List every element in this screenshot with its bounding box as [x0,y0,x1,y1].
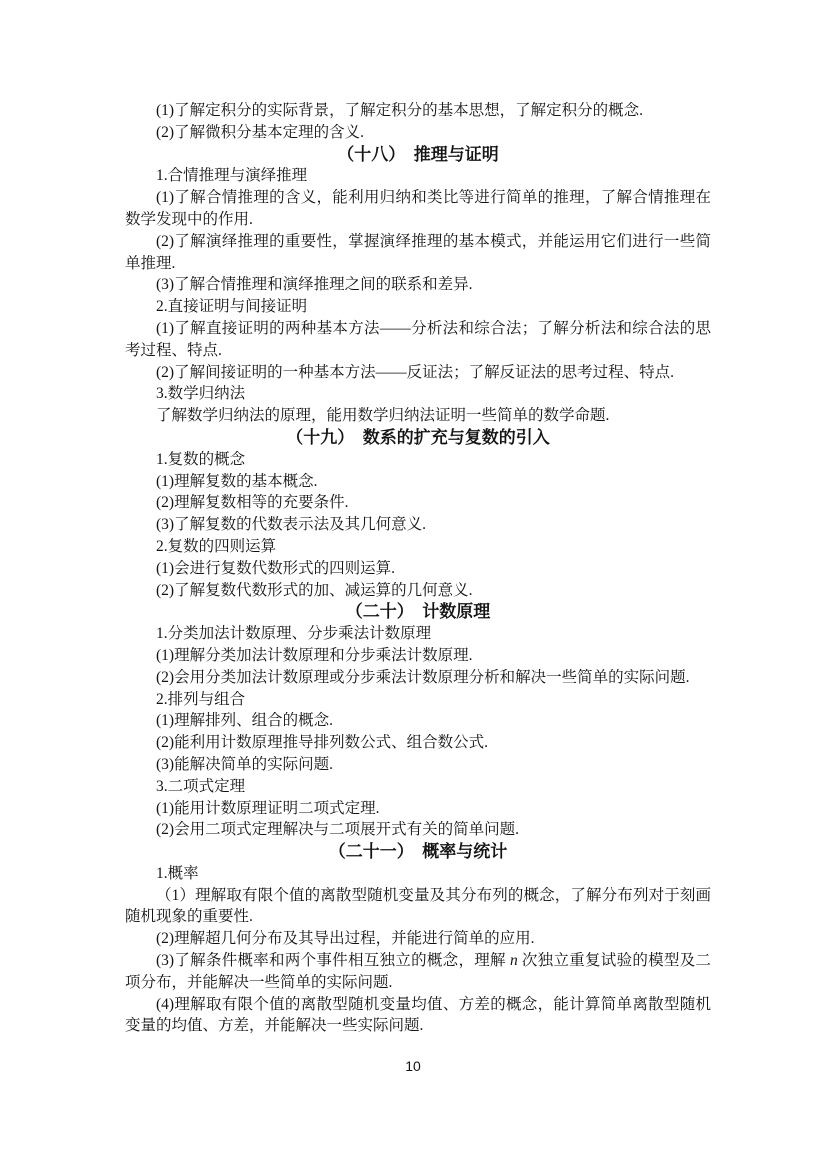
paragraph: (2)了解复数代数形式的加、减运算的几何意义. [125,580,711,602]
text-run: (3)了解条件概率和两个事件相互独立的概念，理解 [156,952,510,969]
paragraph: (2)理解复数相等的充要条件. [125,492,711,514]
section-heading: （二十一） 概率与统计 [125,841,711,863]
paragraph: (3)了解合情推理和演绎推理之间的联系和差异. [125,274,711,296]
paragraph: 2.复数的四则运算 [125,536,711,558]
paragraph: (1)理解分类加法计数原理和分步乘法计数原理. [125,645,711,667]
page-number: 10 [0,1058,826,1074]
paragraph: (1)会进行复数代数形式的四则运算. [125,558,711,580]
paragraph: 1.复数的概念 [125,449,711,471]
paragraph: (2)会用二项式定理解决与二项展开式有关的简单问题. [125,819,711,841]
paragraph: 2.排列与组合 [125,689,711,711]
section-heading: （十九） 数系的扩充与复数的引入 [125,427,711,449]
paragraph: 1.分类加法计数原理、分步乘法计数原理 [125,623,711,645]
paragraph: （1）理解取有限个值的离散型随机变量及其分布列的概念，了解分布列对于刻画随机现象… [125,885,711,929]
paragraph: (2)会用分类加法计数原理或分步乘法计数原理分析和解决一些简单的实际问题. [125,667,711,689]
paragraph: 3.数学归纳法 [125,383,711,405]
paragraph: 1.合情推理与演绎推理 [125,165,711,187]
section-heading: （十八） 推理与证明 [125,144,711,166]
paragraph: (2)能利用计数原理推导排列数公式、组合数公式. [125,732,711,754]
paragraph: (1)理解复数的基本概念. [125,471,711,493]
paragraph: 1.概率 [125,863,711,885]
paragraph: 了解数学归纳法的原理，能用数学归纳法证明一些简单的数学命题. [125,405,711,427]
paragraph: 2.直接证明与间接证明 [125,296,711,318]
section-heading: （二十） 计数原理 [125,601,711,623]
paragraph: (2)了解微积分基本定理的含义. [125,122,711,144]
paragraph: (4)理解取有限个值的离散型随机变量均值、方差的概念，能计算简单离散型随机变量的… [125,994,711,1038]
paragraph: (1)理解排列、组合的概念. [125,710,711,732]
paragraph: (2)理解超几何分布及其导出过程，并能进行简单的应用. [125,928,711,950]
paragraph: 3.二项式定理 [125,776,711,798]
paragraph: (2)了解演绎推理的重要性，掌握演绎推理的基本模式，并能运用它们进行一些简单推理… [125,231,711,275]
paragraph: (1)了解直接证明的两种基本方法——分析法和综合法；了解分析法和综合法的思考过程… [125,318,711,362]
paragraph: (3)了解条件概率和两个事件相互独立的概念，理解 n 次独立重复试验的模型及二项… [125,950,711,994]
math-variable: n [510,952,518,969]
paragraph: (1)了解合情推理的含义，能利用归纳和类比等进行简单的推理，了解合情推理在数学发… [125,187,711,231]
document-content: (1)了解定积分的实际背景，了解定积分的基本思想，了解定积分的概念.(2)了解微… [125,100,711,1037]
paragraph: (3)能解决简单的实际问题. [125,754,711,776]
paragraph: (1)能用计数原理证明二项式定理. [125,798,711,820]
document-page: (1)了解定积分的实际背景，了解定积分的基本思想，了解定积分的概念.(2)了解微… [0,0,826,1169]
paragraph: (2)了解间接证明的一种基本方法——反证法；了解反证法的思考过程、特点. [125,362,711,384]
paragraph: (3)了解复数的代数表示法及其几何意义. [125,514,711,536]
paragraph: (1)了解定积分的实际背景，了解定积分的基本思想，了解定积分的概念. [125,100,711,122]
